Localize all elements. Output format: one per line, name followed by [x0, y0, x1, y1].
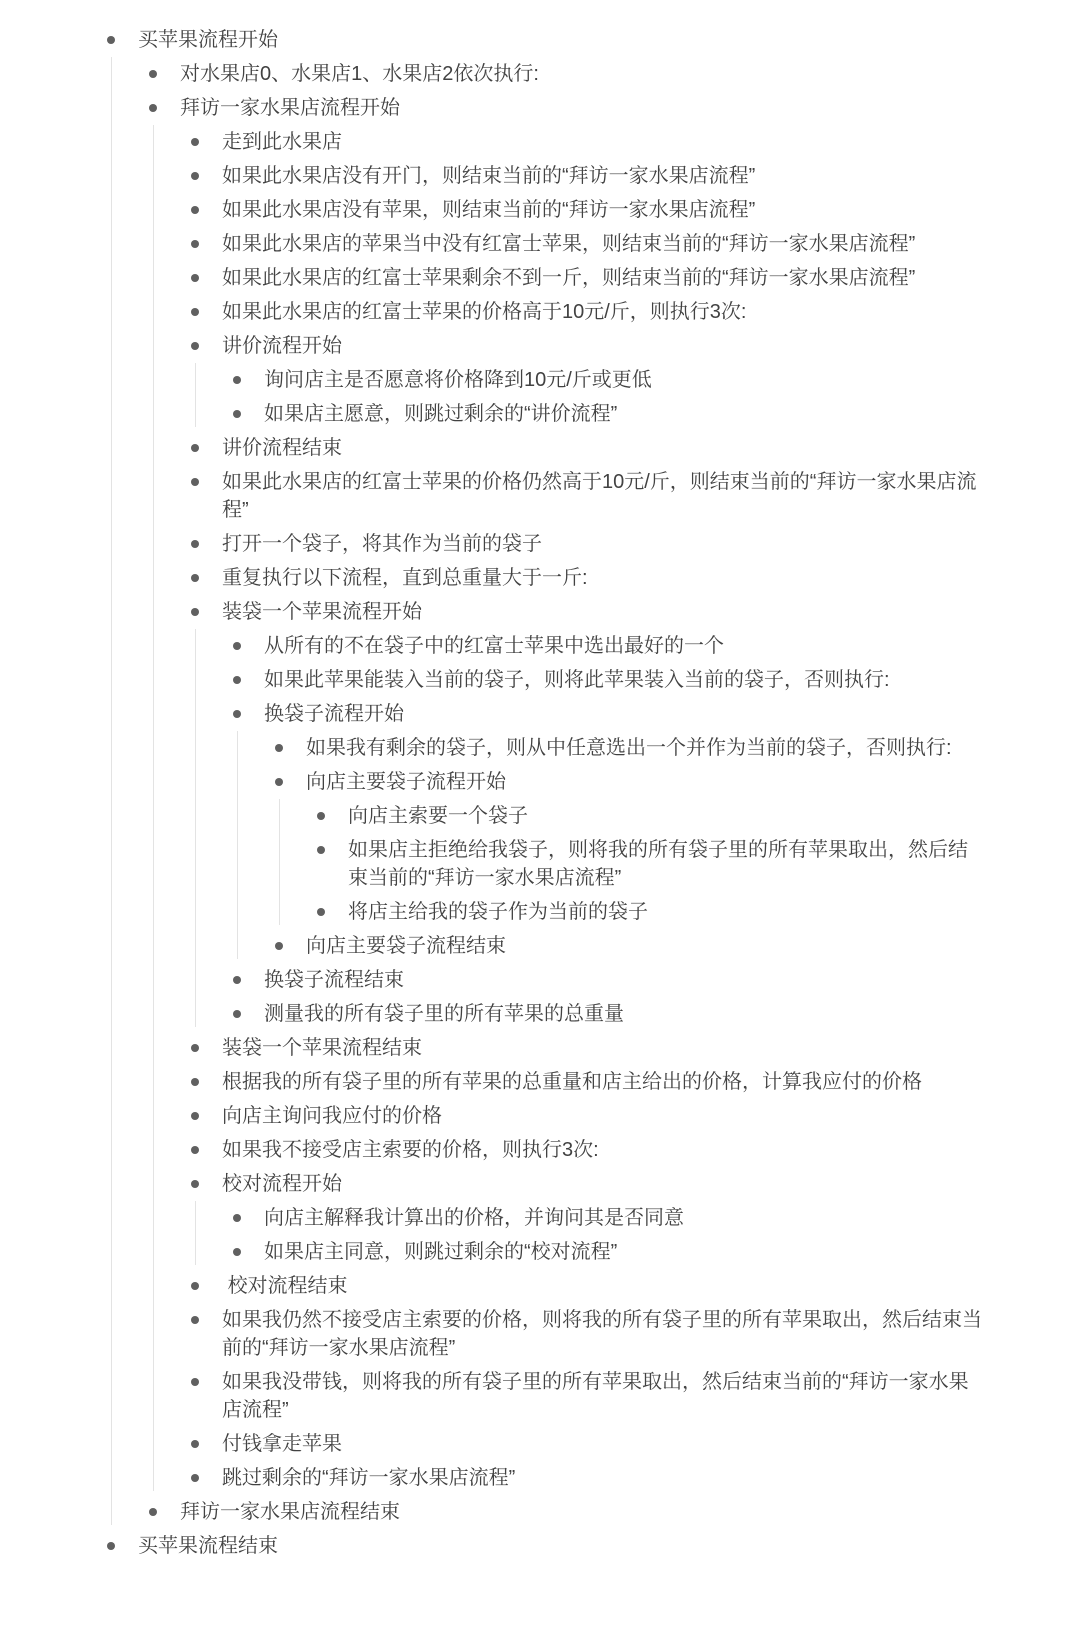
outline-node: 拜访一家水果店流程开始走到此水果店如果此水果店没有开门，则结束当前的“拜访一家水…: [149, 91, 984, 1495]
outline-item-row: 如果我仍然不接受店主索要的价格，则将我的所有袋子里的所有苹果取出，然后结束当前的…: [191, 1303, 984, 1365]
outline-item-text[interactable]: 装袋一个苹果流程开始: [222, 601, 422, 623]
outline-item-row: 如果我有剩余的袋子，则从中任意选出一个并作为当前的袋子，否则执行:: [275, 731, 984, 765]
outline-item-text[interactable]: 拜访一家水果店流程开始: [180, 97, 400, 119]
outline-item-row: 如果店主愿意，则跳过剩余的“讲价流程”: [233, 397, 984, 431]
outline-item-row: 走到此水果店: [191, 125, 984, 159]
outline-node: 如果我没带钱，则将我的所有袋子里的所有苹果取出，然后结束当前的“拜访一家水果店流…: [191, 1365, 984, 1427]
outline-node: 如果店主同意，则跳过剩余的“校对流程”: [233, 1235, 984, 1269]
outline-node: 如果店主拒绝给我袋子，则将我的所有袋子里的所有苹果取出，然后结束当前的“拜访一家…: [317, 833, 984, 895]
bullet-icon[interactable]: [191, 1282, 199, 1290]
bullet-icon[interactable]: [233, 410, 241, 418]
outline-item-row: 从所有的不在袋子中的红富士苹果中选出最好的一个: [233, 629, 984, 663]
bullet-icon[interactable]: [191, 540, 199, 548]
bullet-icon[interactable]: [191, 1078, 199, 1086]
outline-item-row: 如果我不接受店主索要的价格，则执行3次:: [191, 1133, 984, 1167]
bullet-icon[interactable]: [317, 812, 325, 820]
bullet-icon[interactable]: [191, 1044, 199, 1052]
outline-item-text[interactable]: 如果此苹果能装入当前的袋子，则将此苹果装入当前的袋子，否则执行:: [264, 669, 890, 691]
outline-item-text[interactable]: 如果此水果店没有苹果，则结束当前的“拜访一家水果店流程”: [222, 199, 755, 221]
bullet-icon[interactable]: [191, 1316, 199, 1324]
outline-children: 走到此水果店如果此水果店没有开门，则结束当前的“拜访一家水果店流程”如果此水果店…: [191, 125, 984, 1495]
outline-children: 对水果店0、水果店1、水果店2依次执行:拜访一家水果店流程开始走到此水果店如果此…: [149, 57, 984, 1529]
bullet-icon[interactable]: [191, 138, 199, 146]
outline-node: 询问店主是否愿意将价格降到10元/斤或更低: [233, 363, 984, 397]
bullet-icon[interactable]: [149, 104, 157, 112]
outline-item-text[interactable]: 对水果店0、水果店1、水果店2依次执行:: [180, 63, 539, 85]
outline-item-text[interactable]: 如果我没带钱，则将我的所有袋子里的所有苹果取出，然后结束当前的“拜访一家水果店流…: [222, 1371, 969, 1421]
outline-node: 将店主给我的袋子作为当前的袋子: [317, 895, 984, 929]
bullet-icon[interactable]: [191, 1112, 199, 1120]
outline-item-row: 询问店主是否愿意将价格降到10元/斤或更低: [233, 363, 984, 397]
outline-item-text[interactable]: 将店主给我的袋子作为当前的袋子: [348, 901, 648, 923]
outline-node: 如果我仍然不接受店主索要的价格，则将我的所有袋子里的所有苹果取出，然后结束当前的…: [191, 1303, 984, 1365]
outline-item-text[interactable]: 换袋子流程结束: [264, 969, 404, 991]
outline-item-row: 如果我没带钱，则将我的所有袋子里的所有苹果取出，然后结束当前的“拜访一家水果店流…: [191, 1365, 984, 1427]
bullet-icon[interactable]: [191, 444, 199, 452]
outline-item-row: 换袋子流程开始: [233, 697, 984, 731]
outline-item-text[interactable]: 校对流程开始: [222, 1173, 342, 1195]
outline-item-row: 拜访一家水果店流程开始: [149, 91, 984, 125]
outline-item-row: 对水果店0、水果店1、水果店2依次执行:: [149, 57, 984, 91]
outline-node: 如果此水果店的红富士苹果剩余不到一斤，则结束当前的“拜访一家水果店流程”: [191, 261, 984, 295]
outline-item-text[interactable]: 如果我有剩余的袋子，则从中任意选出一个并作为当前的袋子，否则执行:: [306, 737, 952, 759]
outline-node: 如果我有剩余的袋子，则从中任意选出一个并作为当前的袋子，否则执行:: [275, 731, 984, 765]
bullet-icon[interactable]: [233, 376, 241, 384]
outline-node: 如果此水果店的红富士苹果的价格仍然高于10元/斤，则结束当前的“拜访一家水果店流…: [191, 465, 984, 527]
bullet-icon[interactable]: [191, 172, 199, 180]
outline-node: 走到此水果店: [191, 125, 984, 159]
outline-node: 如果此苹果能装入当前的袋子，则将此苹果装入当前的袋子，否则执行:: [233, 663, 984, 697]
outline-item-text[interactable]: 如果此水果店没有开门，则结束当前的“拜访一家水果店流程”: [222, 165, 755, 187]
outline-item-text[interactable]: 询问店主是否愿意将价格降到10元/斤或更低: [264, 369, 652, 391]
outline-children: 如果我有剩余的袋子，则从中任意选出一个并作为当前的袋子，否则执行:向店主要袋子流…: [275, 731, 984, 963]
outline-item-row: 如果此水果店的苹果当中没有红富士苹果，则结束当前的“拜访一家水果店流程”: [191, 227, 984, 261]
outline-item-text[interactable]: 向店主要袋子流程开始: [306, 771, 506, 793]
outline-node: 如果店主愿意，则跳过剩余的“讲价流程”: [233, 397, 984, 431]
outline-item-text[interactable]: 重复执行以下流程，直到总重量大于一斤:: [222, 567, 588, 589]
bullet-icon[interactable]: [191, 274, 199, 282]
outline-item-row: 测量我的所有袋子里的所有苹果的总重量: [233, 997, 984, 1031]
outline-item-row: 校对流程结束: [191, 1269, 984, 1303]
outline-node: 讲价流程结束: [191, 431, 984, 465]
outline-item-text[interactable]: 如果我不接受店主索要的价格，则执行3次:: [222, 1139, 599, 1161]
bullet-icon[interactable]: [275, 778, 283, 786]
outline-item-row: 换袋子流程结束: [233, 963, 984, 997]
bullet-icon[interactable]: [233, 976, 241, 984]
outline-item-text[interactable]: 走到此水果店: [222, 131, 342, 153]
outline-item-text[interactable]: 测量我的所有袋子里的所有苹果的总重量: [264, 1003, 624, 1025]
outline-item-row: 跳过剩余的“拜访一家水果店流程”: [191, 1461, 984, 1495]
outline-item-text[interactable]: 付钱拿走苹果: [222, 1433, 342, 1455]
outline-item-row: 如果店主同意，则跳过剩余的“校对流程”: [233, 1235, 984, 1269]
outline-item-text[interactable]: 校对流程结束: [222, 1275, 348, 1297]
outline-item-text[interactable]: 如果此水果店的红富士苹果的价格高于10元/斤，则执行3次:: [222, 301, 746, 323]
outline-item-row: 讲价流程开始: [191, 329, 984, 363]
outline-item-text[interactable]: 向店主要袋子流程结束: [306, 935, 506, 957]
outline-item-text[interactable]: 买苹果流程开始: [138, 29, 278, 51]
outline-node: 拜访一家水果店流程结束: [149, 1495, 984, 1529]
bullet-icon[interactable]: [275, 942, 283, 950]
outline-item-text[interactable]: 装袋一个苹果流程结束: [222, 1037, 422, 1059]
outline-node: 校对流程结束: [191, 1269, 984, 1303]
outline-item-text[interactable]: 如果我仍然不接受店主索要的价格，则将我的所有袋子里的所有苹果取出，然后结束当前的…: [222, 1309, 982, 1359]
outline-node: 如果我不接受店主索要的价格，则执行3次:: [191, 1133, 984, 1167]
bullet-icon[interactable]: [191, 574, 199, 582]
outline-item-row: 向店主索要一个袋子: [317, 799, 984, 833]
bullet-icon[interactable]: [191, 608, 199, 616]
bullet-icon[interactable]: [191, 478, 199, 486]
bullet-icon[interactable]: [233, 642, 241, 650]
outline-item-text[interactable]: 打开一个袋子，将其作为当前的袋子: [222, 533, 542, 555]
outline-item-row: 打开一个袋子，将其作为当前的袋子: [191, 527, 984, 561]
outline-node: 换袋子流程开始如果我有剩余的袋子，则从中任意选出一个并作为当前的袋子，否则执行:…: [233, 697, 984, 963]
outline-node: 如果此水果店没有开门，则结束当前的“拜访一家水果店流程”: [191, 159, 984, 193]
outline-item-text[interactable]: 从所有的不在袋子中的红富士苹果中选出最好的一个: [264, 635, 724, 657]
outline-item-text[interactable]: 买苹果流程结束: [138, 1535, 278, 1557]
outline-item-row: 校对流程开始: [191, 1167, 984, 1201]
outline-node: 买苹果流程开始对水果店0、水果店1、水果店2依次执行:拜访一家水果店流程开始走到…: [107, 23, 984, 1529]
bullet-icon[interactable]: [191, 206, 199, 214]
outline-node: 向店主要袋子流程开始向店主索要一个袋子如果店主拒绝给我袋子，则将我的所有袋子里的…: [275, 765, 984, 929]
outline-node: 装袋一个苹果流程结束: [191, 1031, 984, 1065]
outline-item-text[interactable]: 换袋子流程开始: [264, 703, 404, 725]
outline-item-row: 如果此水果店没有苹果，则结束当前的“拜访一家水果店流程”: [191, 193, 984, 227]
bullet-icon[interactable]: [149, 1508, 157, 1516]
outline-item-row: 装袋一个苹果流程开始: [191, 595, 984, 629]
outline-item-row: 如果此水果店的红富士苹果的价格仍然高于10元/斤，则结束当前的“拜访一家水果店流…: [191, 465, 984, 527]
outline-node: 校对流程开始向店主解释我计算出的价格，并询问其是否同意如果店主同意，则跳过剩余的…: [191, 1167, 984, 1269]
outline-item-text[interactable]: 向店主询问我应付的价格: [222, 1105, 442, 1127]
outline-node: 跳过剩余的“拜访一家水果店流程”: [191, 1461, 984, 1495]
outline-node: 向店主询问我应付的价格: [191, 1099, 984, 1133]
bullet-icon[interactable]: [317, 846, 325, 854]
bullet-icon[interactable]: [233, 1248, 241, 1256]
bullet-icon[interactable]: [149, 70, 157, 78]
outline-item-row: 拜访一家水果店流程结束: [149, 1495, 984, 1529]
outline-item-row: 根据我的所有袋子里的所有苹果的总重量和店主给出的价格，计算我应付的价格: [191, 1065, 984, 1099]
outline-item-row: 如果此水果店的红富士苹果的价格高于10元/斤，则执行3次:: [191, 295, 984, 329]
outline-node: 如果此水果店的红富士苹果的价格高于10元/斤，则执行3次:: [191, 295, 984, 329]
outline-item-text[interactable]: 如果店主愿意，则跳过剩余的“讲价流程”: [264, 403, 617, 425]
bullet-icon[interactable]: [191, 342, 199, 350]
outline-item-row: 买苹果流程开始: [107, 23, 984, 57]
outline-node: 测量我的所有袋子里的所有苹果的总重量: [233, 997, 984, 1031]
outline-item-text[interactable]: 拜访一家水果店流程结束: [180, 1501, 400, 1523]
outline-node: 如果此水果店没有苹果，则结束当前的“拜访一家水果店流程”: [191, 193, 984, 227]
outline-item-row: 讲价流程结束: [191, 431, 984, 465]
bullet-icon[interactable]: [233, 1214, 241, 1222]
outline-item-text[interactable]: 如果店主同意，则跳过剩余的“校对流程”: [264, 1241, 617, 1263]
outline-item-row: 向店主要袋子流程开始: [275, 765, 984, 799]
outline-children: 向店主解释我计算出的价格，并询问其是否同意如果店主同意，则跳过剩余的“校对流程”: [233, 1201, 984, 1269]
outline-node: 重复执行以下流程，直到总重量大于一斤:: [191, 561, 984, 595]
bullet-icon[interactable]: [275, 744, 283, 752]
outline-document: 买苹果流程开始对水果店0、水果店1、水果店2依次执行:拜访一家水果店流程开始走到…: [107, 23, 984, 1563]
outline-item-row: 重复执行以下流程，直到总重量大于一斤:: [191, 561, 984, 595]
outline-node: 装袋一个苹果流程开始从所有的不在袋子中的红富士苹果中选出最好的一个如果此苹果能装…: [191, 595, 984, 1031]
bullet-icon[interactable]: [191, 308, 199, 316]
outline-item-text[interactable]: 讲价流程开始: [222, 335, 342, 357]
bullet-icon[interactable]: [191, 1474, 199, 1482]
outline-item-row: 向店主询问我应付的价格: [191, 1099, 984, 1133]
outline-item-row: 向店主解释我计算出的价格，并询问其是否同意: [233, 1201, 984, 1235]
outline-item-text[interactable]: 如果此水果店的红富士苹果的价格仍然高于10元/斤，则结束当前的“拜访一家水果店流…: [222, 471, 976, 521]
bullet-icon[interactable]: [191, 1378, 199, 1386]
bullet-icon[interactable]: [191, 1146, 199, 1154]
bullet-icon[interactable]: [317, 908, 325, 916]
outline-node: 向店主索要一个袋子: [317, 799, 984, 833]
bullet-icon[interactable]: [191, 240, 199, 248]
outline-item-row: 装袋一个苹果流程结束: [191, 1031, 984, 1065]
outline-item-row: 如果此苹果能装入当前的袋子，则将此苹果装入当前的袋子，否则执行:: [233, 663, 984, 697]
outline-item-text[interactable]: 向店主解释我计算出的价格，并询问其是否同意: [264, 1207, 684, 1229]
outline-node: 打开一个袋子，将其作为当前的袋子: [191, 527, 984, 561]
outline-item-row: 如果此水果店没有开门，则结束当前的“拜访一家水果店流程”: [191, 159, 984, 193]
bullet-icon[interactable]: [191, 1180, 199, 1188]
outline-item-row: 将店主给我的袋子作为当前的袋子: [317, 895, 984, 929]
outline-node: 付钱拿走苹果: [191, 1427, 984, 1461]
outline-item-text[interactable]: 向店主索要一个袋子: [348, 805, 528, 827]
bullet-icon[interactable]: [233, 1010, 241, 1018]
outline-children: 从所有的不在袋子中的红富士苹果中选出最好的一个如果此苹果能装入当前的袋子，则将此…: [233, 629, 984, 1031]
outline-item-row: 如果此水果店的红富士苹果剩余不到一斤，则结束当前的“拜访一家水果店流程”: [191, 261, 984, 295]
outline-item-text[interactable]: 讲价流程结束: [222, 437, 342, 459]
bullet-icon[interactable]: [107, 1542, 115, 1550]
bullet-icon[interactable]: [107, 36, 115, 44]
outline-node: 根据我的所有袋子里的所有苹果的总重量和店主给出的价格，计算我应付的价格: [191, 1065, 984, 1099]
outline-node: 对水果店0、水果店1、水果店2依次执行:: [149, 57, 984, 91]
outline-node: 向店主要袋子流程结束: [275, 929, 984, 963]
bullet-icon[interactable]: [233, 676, 241, 684]
outline-item-text[interactable]: 如果此水果店的苹果当中没有红富士苹果，则结束当前的“拜访一家水果店流程”: [222, 233, 915, 255]
bullet-icon[interactable]: [233, 710, 241, 718]
outline-node: 买苹果流程结束: [107, 1529, 984, 1563]
outline-item-row: 向店主要袋子流程结束: [275, 929, 984, 963]
outline-children: 询问店主是否愿意将价格降到10元/斤或更低如果店主愿意，则跳过剩余的“讲价流程”: [233, 363, 984, 431]
outline-item-text[interactable]: 如果此水果店的红富士苹果剩余不到一斤，则结束当前的“拜访一家水果店流程”: [222, 267, 915, 289]
outline-item-text[interactable]: 根据我的所有袋子里的所有苹果的总重量和店主给出的价格，计算我应付的价格: [222, 1071, 922, 1093]
outline-item-row: 买苹果流程结束: [107, 1529, 984, 1563]
outline-node: 如果此水果店的苹果当中没有红富士苹果，则结束当前的“拜访一家水果店流程”: [191, 227, 984, 261]
outline-node: 向店主解释我计算出的价格，并询问其是否同意: [233, 1201, 984, 1235]
bullet-icon[interactable]: [191, 1440, 199, 1448]
outline-item-text[interactable]: 如果店主拒绝给我袋子，则将我的所有袋子里的所有苹果取出，然后结束当前的“拜访一家…: [348, 839, 968, 889]
outline-children: 向店主索要一个袋子如果店主拒绝给我袋子，则将我的所有袋子里的所有苹果取出，然后结…: [317, 799, 984, 929]
outline-node: 从所有的不在袋子中的红富士苹果中选出最好的一个: [233, 629, 984, 663]
outline-item-row: 如果店主拒绝给我袋子，则将我的所有袋子里的所有苹果取出，然后结束当前的“拜访一家…: [317, 833, 984, 895]
outline-node: 换袋子流程结束: [233, 963, 984, 997]
outline-item-row: 付钱拿走苹果: [191, 1427, 984, 1461]
outline-item-text[interactable]: 跳过剩余的“拜访一家水果店流程”: [222, 1467, 515, 1489]
outline-node: 讲价流程开始询问店主是否愿意将价格降到10元/斤或更低如果店主愿意，则跳过剩余的…: [191, 329, 984, 431]
